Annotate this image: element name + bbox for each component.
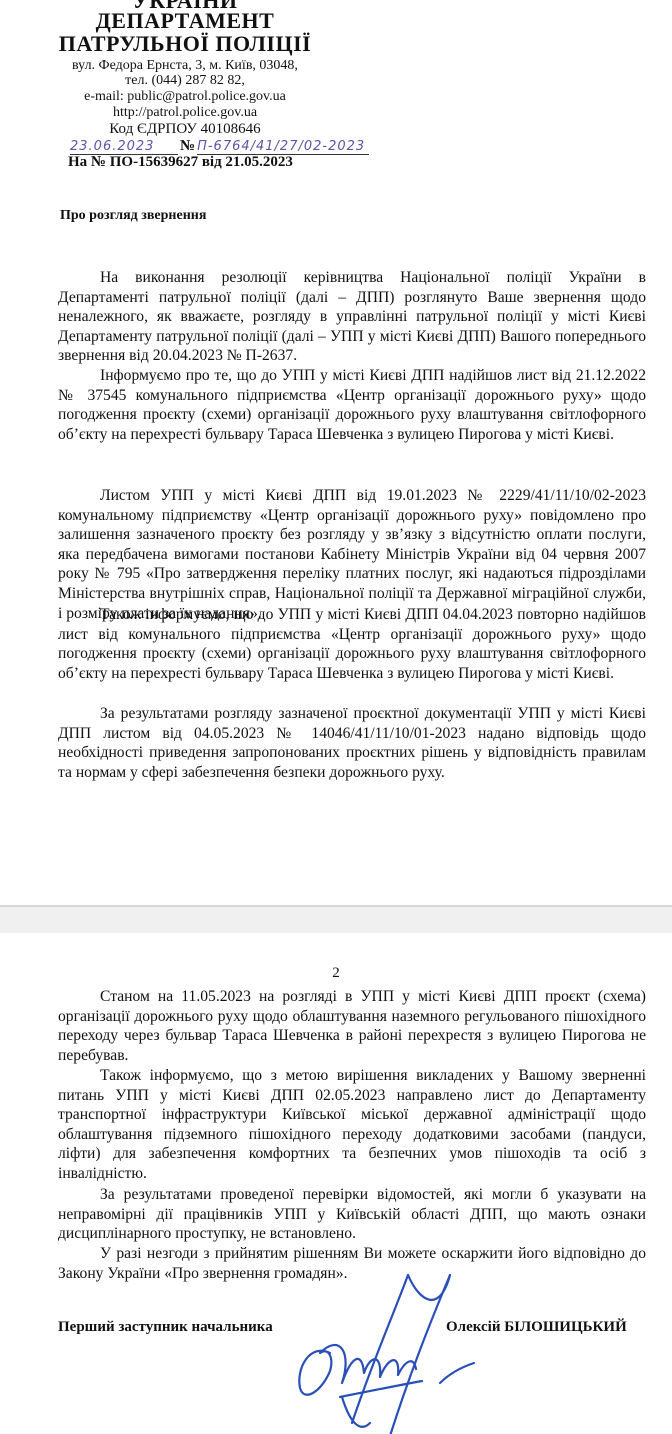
paragraph-text: Інформуємо про те, що до УПП у місті Киє… — [58, 366, 646, 444]
letterhead-edrpou: Код ЄДРПОУ 40108646 — [0, 121, 370, 138]
body-paragraph: Також інформуємо, що з метою вирішення в… — [58, 1066, 646, 1184]
page-divider — [0, 905, 672, 933]
paragraph-text: Станом на 11.05.2023 на розгляді в УПП у… — [58, 987, 646, 1065]
paragraph-text: На виконання резолюції керівництва Націо… — [58, 268, 646, 366]
letterhead-address: вул. Федора Ернста, 3, м. Київ, 03048, — [0, 58, 370, 74]
paragraph-text: Також інформуємо, що з метою вирішення в… — [58, 1066, 646, 1184]
letter-page-2: 2 Станом на 11.05.2023 на розгляді в УПП… — [0, 933, 672, 1434]
body-paragraph: Також інформуємо, що до УПП у місті Києв… — [58, 605, 646, 683]
paragraph-text: За результатами проведеної перевірки від… — [58, 1185, 646, 1244]
body-paragraph: Листом УПП у місті Києві ДПП від 19.01.2… — [58, 486, 646, 623]
letterhead-title-line2: ПАТРУЛЬНОЇ ПОЛІЦІЇ — [0, 31, 370, 57]
body-paragraph: Станом на 11.05.2023 на розгляді в УПП у… — [58, 987, 646, 1065]
reference-line: На № ПО-15639627 від 21.05.2023 — [68, 154, 293, 171]
paragraph-text: Листом УПП у місті Києві ДПП від 19.01.2… — [58, 486, 646, 623]
body-paragraph: За результатами розгляду зазначеної проє… — [58, 704, 646, 782]
letterhead-email: e-mail: public@patrol.police.gov.ua — [0, 89, 370, 105]
letter-subject: Про розгляд звернення — [60, 208, 206, 224]
paragraph-text: Також інформуємо, що до УПП у місті Києв… — [58, 605, 646, 683]
handwritten-signature-icon — [290, 1273, 490, 1434]
registration-line: 23.06.2023№П-6764/41/27/02-2023 — [70, 138, 369, 155]
letterhead-website: http://patrol.police.gov.ua — [0, 105, 370, 121]
signatory-title: Перший заступник начальника — [58, 1319, 273, 1336]
body-paragraph: На виконання резолюції керівництва Націо… — [58, 268, 646, 366]
body-paragraph: Інформуємо про те, що до УПП у місті Киє… — [58, 366, 646, 444]
registration-date: 23.06.2023 — [70, 139, 178, 155]
body-paragraph: За результатами проведеної перевірки від… — [58, 1185, 646, 1244]
number-sign: № — [180, 138, 195, 154]
registration-number: П-6764/41/27/02-2023 — [197, 139, 369, 155]
letterhead-phone: тел. (044) 287 82 82, — [0, 73, 370, 89]
paragraph-text: За результатами розгляду зазначеної проє… — [58, 704, 646, 782]
letter-page-1: УКРАЇНИ ДЕПАРТАМЕНТ ПАТРУЛЬНОЇ ПОЛІЦІЇ в… — [0, 0, 672, 905]
page-number: 2 — [0, 965, 672, 982]
